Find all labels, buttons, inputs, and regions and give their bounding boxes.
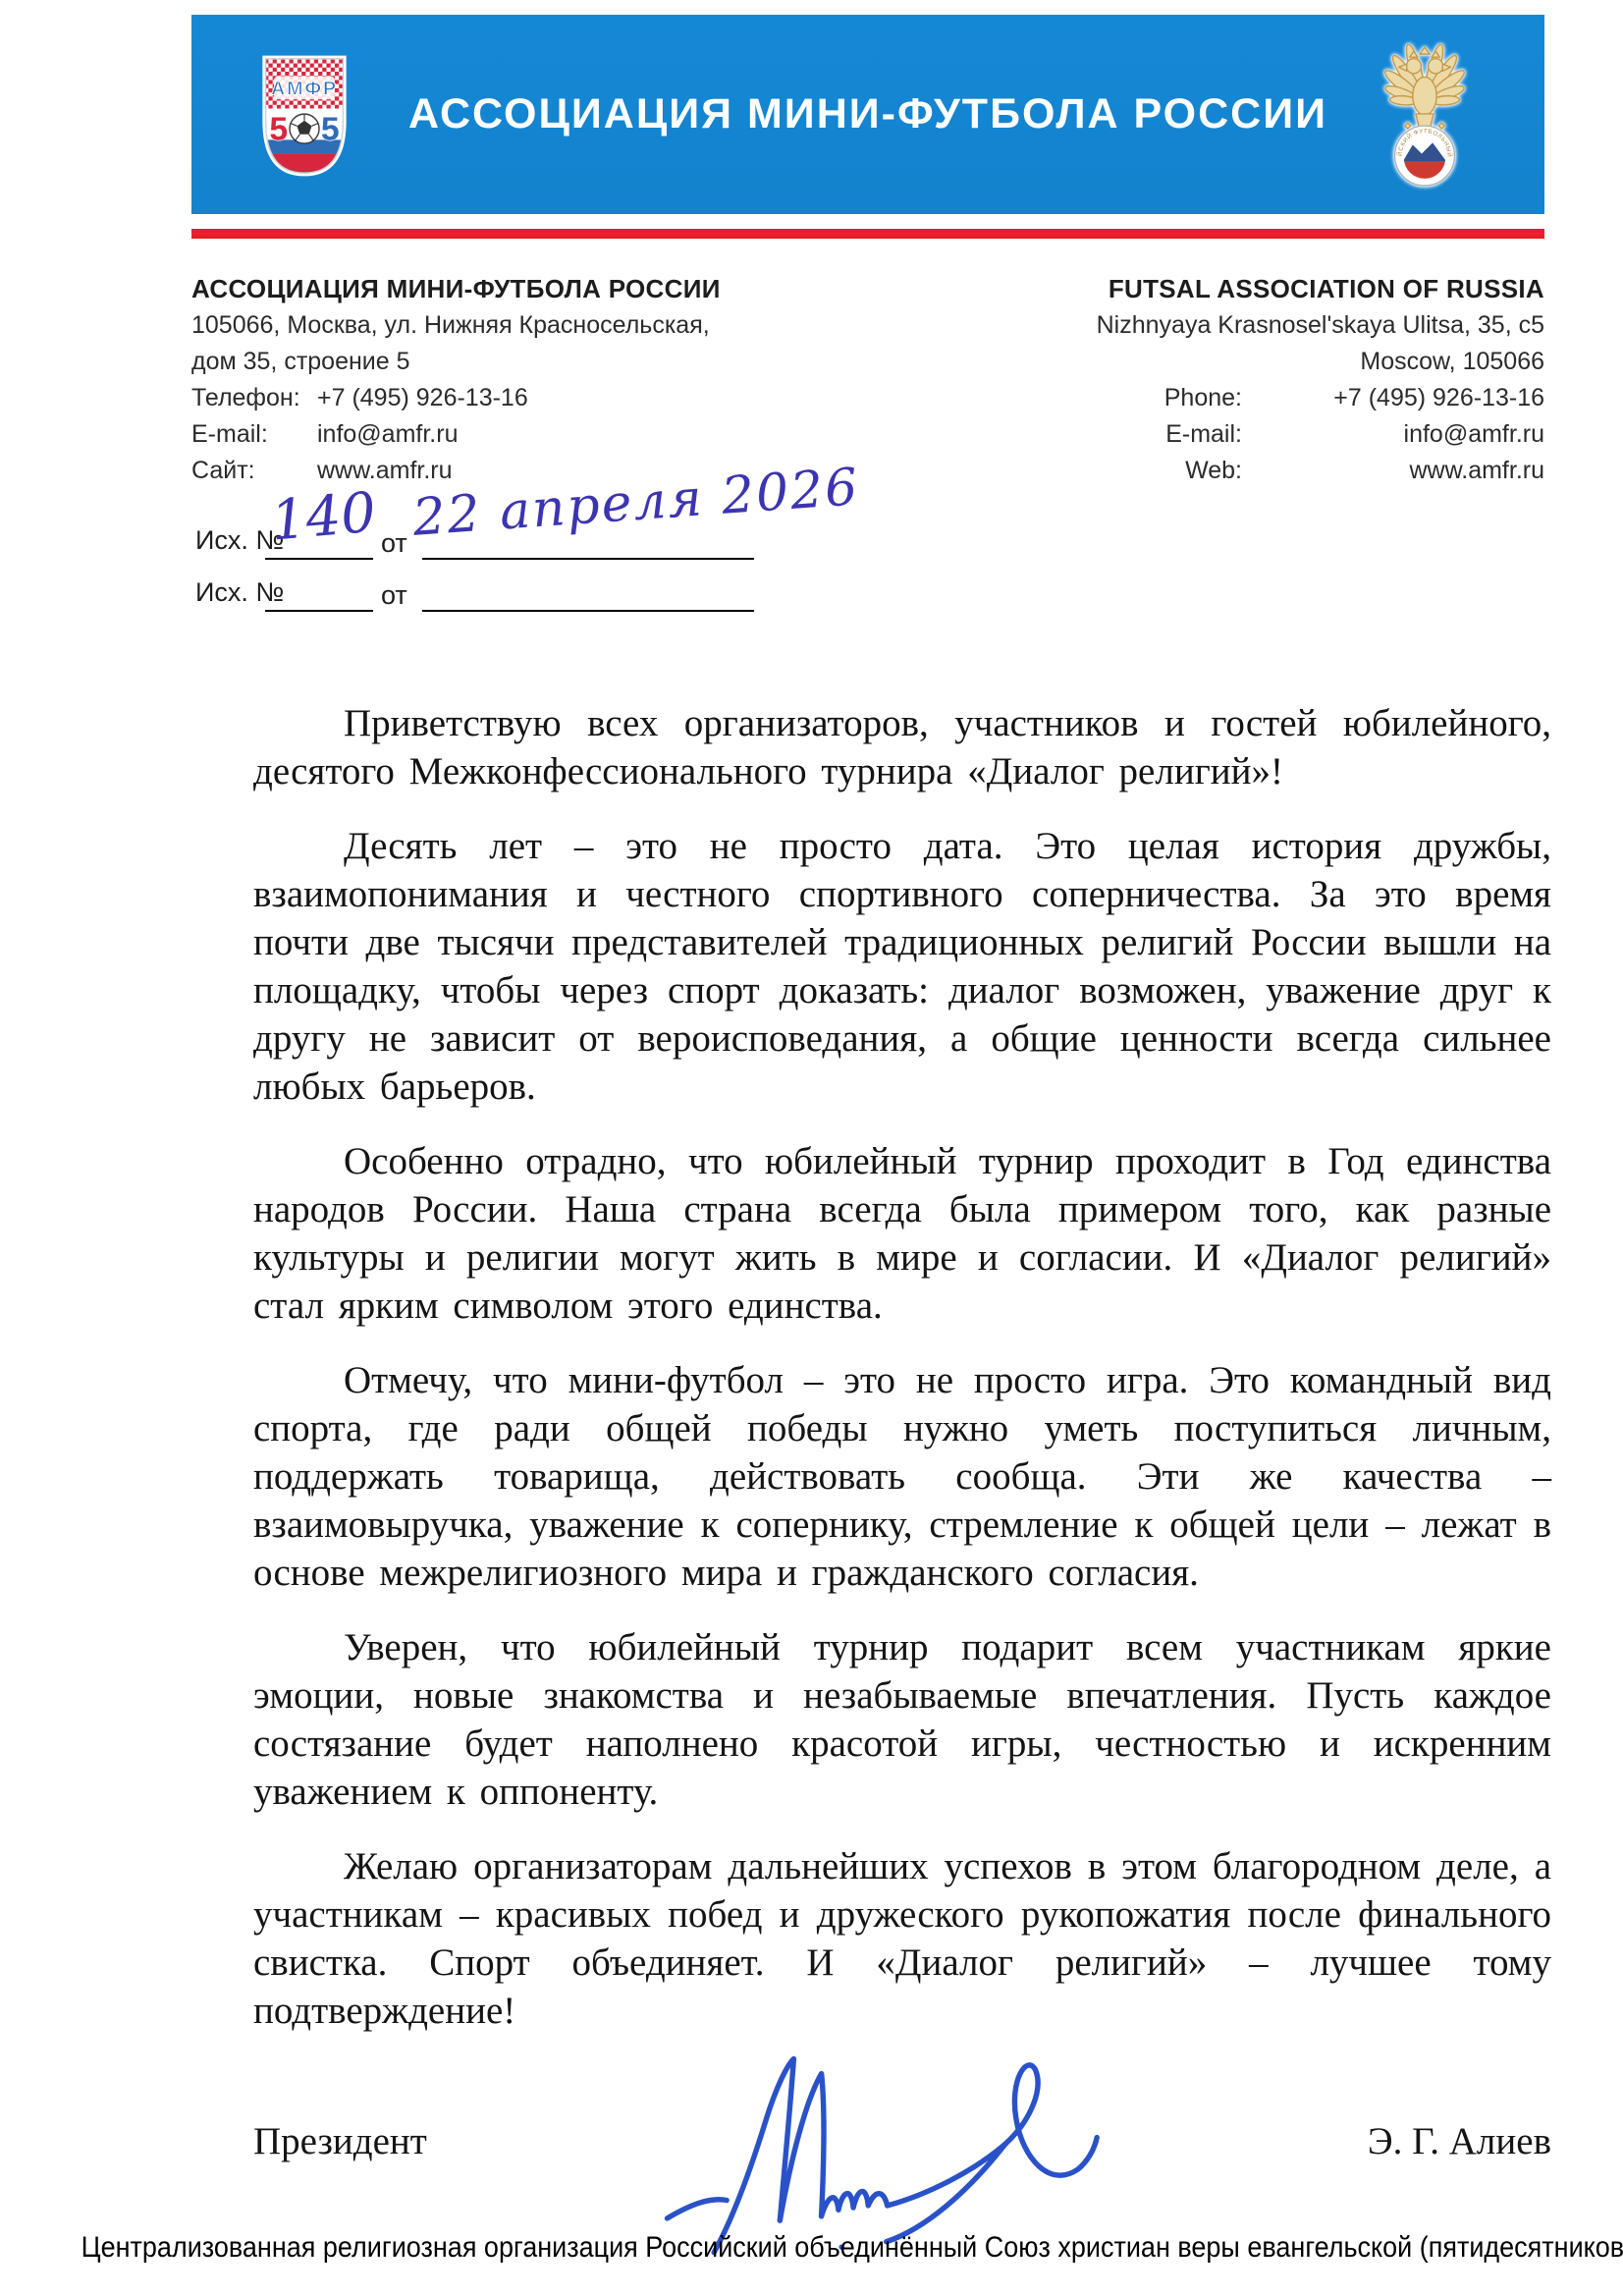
contact-value: +7 (495) 926-13-16 — [317, 380, 528, 416]
letter-paragraph: Отмечу, что мини-футбол – это не просто … — [253, 1356, 1551, 1597]
contact-label: Сайт: — [191, 453, 317, 489]
contact-en-address-line1: Nizhnyaya Krasnosel'skaya Ulitsa, 35, c5 — [1097, 307, 1544, 344]
contact-row-phone: Phone: +7 (495) 926-13-16 — [1097, 380, 1544, 416]
contact-value: info@amfr.ru — [317, 416, 458, 453]
outgoing-number-label-2: Исх. № — [195, 577, 284, 608]
letter-paragraph: Особенно отрадно, что юбилейный турнир п… — [253, 1137, 1551, 1330]
outgoing-number-handwritten: 140 — [268, 480, 378, 553]
contact-en-address-line2: Moscow, 105066 — [1097, 344, 1544, 380]
outgoing-number-line — [265, 556, 373, 560]
amfr-shield-icon: АМФР 5 5 — [260, 54, 349, 178]
contact-row-email: E-mail: info@amfr.ru — [191, 416, 721, 453]
contact-blocks: АССОЦИАЦИЯ МИНИ-ФУТБОЛА РОССИИ 105066, М… — [191, 271, 1544, 489]
president-signature-icon — [648, 2011, 1159, 2262]
outgoing-date-line — [422, 556, 754, 560]
contact-row-phone: Телефон: +7 (495) 926-13-16 — [191, 380, 721, 416]
contact-block-ru: АССОЦИАЦИЯ МИНИ-ФУТБОЛА РОССИИ 105066, М… — [191, 271, 721, 489]
amfr-logo-label: АМФР — [271, 78, 338, 99]
letter-paragraph: Десять лет – это не просто дата. Это цел… — [253, 822, 1551, 1111]
contact-label: Телефон: — [191, 380, 317, 416]
amfr-five-right: 5 — [321, 110, 340, 147]
letter-page: АМФР 5 5 АССОЦИАЦИЯ МИНИ-ФУТБОЛА РОСС — [0, 0, 1623, 2296]
rfu-eagle-icon: РОССИЙСКИЙ ФУТБОЛЬНЫЙ СОЮЗ — [1370, 44, 1480, 191]
outgoing-number-line-2 — [265, 608, 373, 612]
outgoing-number-label: Исх. № — [195, 525, 284, 556]
letter-paragraph: Уверен, что юбилейный турнир подарит все… — [253, 1623, 1551, 1816]
letter-paragraph: Желаю организаторам дальнейших успехов в… — [253, 1842, 1551, 2035]
contact-row-web: Web: www.amfr.ru — [1097, 453, 1544, 489]
contact-label: Phone: — [1164, 380, 1242, 416]
contact-label: E-mail: — [191, 416, 317, 453]
header-banner: АМФР 5 5 АССОЦИАЦИЯ МИНИ-ФУТБОЛА РОСС — [191, 15, 1544, 214]
outgoing-ot-label: от — [381, 528, 407, 559]
signature-name: Э. Г. Алиев — [1368, 2119, 1551, 2163]
contact-ru-address-line2: дом 35, строение 5 — [191, 344, 721, 380]
outgoing-ot-label-2: от — [381, 580, 407, 611]
contact-ru-address-line1: 105066, Москва, ул. Нижняя Красносельска… — [191, 307, 721, 344]
contact-row-email: E-mail: info@amfr.ru — [1097, 416, 1544, 453]
signature-position: Президент — [253, 2119, 427, 2163]
letter-body: Приветствую всех организаторов, участник… — [253, 699, 1551, 2061]
accent-line — [191, 229, 1544, 239]
banner-title: АССОЦИАЦИЯ МИНИ-ФУТБОЛА РОССИИ — [408, 90, 1327, 138]
contact-block-en: FUTSAL ASSOCIATION OF RUSSIA Nizhnyaya K… — [1097, 271, 1544, 489]
contact-ru-title: АССОЦИАЦИЯ МИНИ-ФУТБОЛА РОССИИ — [191, 271, 721, 307]
contact-value: info@amfr.ru — [1250, 416, 1544, 453]
letter-paragraph: Приветствую всех организаторов, участник… — [253, 699, 1551, 795]
outgoing-date-line-2 — [422, 608, 754, 612]
contact-value: www.amfr.ru — [1250, 453, 1544, 489]
contact-label: Web: — [1185, 453, 1242, 489]
contact-en-title: FUTSAL ASSOCIATION OF RUSSIA — [1097, 271, 1544, 307]
amfr-five-left: 5 — [269, 110, 288, 147]
contact-value: +7 (495) 926-13-16 — [1250, 380, 1544, 416]
footer-organization-text: Централизованная религиозная организация… — [81, 2231, 1542, 2265]
contact-label: E-mail: — [1165, 416, 1242, 453]
